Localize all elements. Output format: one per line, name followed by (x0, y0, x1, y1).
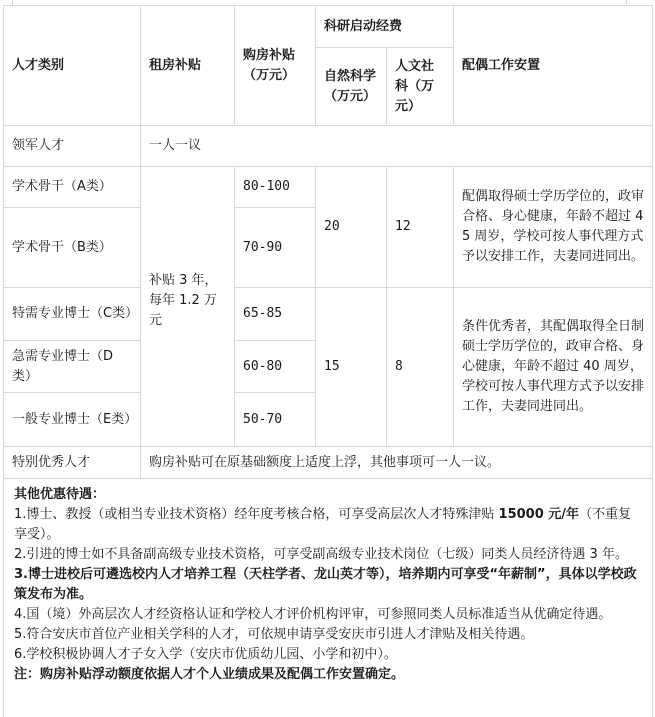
category-cell: 特需专业博士（C类） (4, 288, 141, 341)
header-spouse-placement: 配偶工作安置 (454, 6, 653, 126)
other-benefits-cell: 其他优惠待遇： 1.博士、教授（或相当专业技术资格）经年度考核合格，可享受高层次… (4, 479, 653, 717)
table-row: 领军人才 一人一议 (4, 126, 653, 167)
other-benefits-title: 其他优惠待遇： (14, 485, 642, 505)
merged-cell: 购房补贴可在原基础额度上适度上浮，其他事项可一人一议。 (141, 447, 653, 479)
benefit-item-2: 2.引进的博士如不具备副高级专业技术资格，可享受副高级专业技术岗位（七级）同类人… (14, 545, 642, 565)
natural-science-cell: 20 (316, 167, 387, 288)
header-humanities: 人文社科（万元） (387, 48, 454, 126)
category-cell: 领军人才 (4, 126, 141, 167)
note: 注：购房补贴浮动额度依据人才个人业绩成果及配偶工作安置确定。 (14, 665, 642, 685)
housing-cell: 80-100 (235, 167, 316, 208)
header-natural-science: 自然科学（万元） (316, 48, 387, 126)
rent-subsidy-cell: 补贴 3 年，每年 1.2 万元 (141, 167, 235, 447)
category-cell: 特别优秀人才 (4, 447, 141, 479)
housing-cell: 70-90 (235, 208, 316, 288)
housing-cell: 60-80 (235, 341, 316, 393)
humanities-cell: 8 (387, 288, 454, 447)
humanities-cell: 12 (387, 167, 454, 288)
category-cell: 一般专业博士（E类） (4, 393, 141, 447)
housing-cell: 50-70 (235, 393, 316, 447)
benefit-text: 1.博士、教授（或相当专业技术资格）经年度考核合格，可享受高层次人才特殊津贴 (14, 507, 499, 522)
header-housing-subsidy: 购房补贴（万元） (235, 6, 316, 126)
header-rent-subsidy: 租房补贴 (141, 6, 235, 126)
category-cell: 学术骨干（B类） (4, 208, 141, 288)
natural-science-cell: 15 (316, 288, 387, 447)
merged-cell: 一人一议 (141, 126, 653, 167)
benefit-item-4: 4.国（境）外高层次人才经资格认证和学校人才评价机构评审，可参照同类人员标准适当… (14, 605, 642, 625)
table-row: 学术骨干（A类） 补贴 3 年，每年 1.2 万元 80-100 20 12 配… (4, 167, 653, 208)
category-cell: 学术骨干（A类） (4, 167, 141, 208)
benefit-item-3: 3.博士进校后可遴选校内人才培养工程（天柱学者、龙山英才等），培养期内可享受“年… (14, 565, 642, 605)
spouse-cell: 条件优秀者，其配偶取得全日制硕士学历学位的，政审合格、身心健康，年龄不超过 40… (454, 288, 653, 447)
other-benefits-row: 其他优惠待遇： 1.博士、教授（或相当专业技术资格）经年度考核合格，可享受高层次… (4, 479, 653, 717)
table-row: 特别优秀人才 购房补贴可在原基础额度上适度上浮，其他事项可一人一议。 (4, 447, 653, 479)
table-row: 特需专业博士（C类） 65-85 15 8 条件优秀者，其配偶取得全日制硕士学历… (4, 288, 653, 341)
header-row: 人才类别 租房补贴 购房补贴（万元） 科研启动经费 配偶工作安置 (4, 6, 653, 48)
talent-policy-table: 人才类别 租房补贴 购房补贴（万元） 科研启动经费 配偶工作安置 自然科学（万元… (3, 5, 653, 717)
spouse-cell: 配偶取得硕士学历学位的，政审合格、身心健康，年龄不超过 45 周岁，学校可按人事… (454, 167, 653, 288)
category-cell: 急需专业博士（D类） (4, 341, 141, 393)
header-research-funding: 科研启动经费 (316, 6, 454, 48)
benefit-item-1: 1.博士、教授（或相当专业技术资格）经年度考核合格，可享受高层次人才特殊津贴 1… (14, 505, 642, 545)
housing-cell: 65-85 (235, 288, 316, 341)
header-category: 人才类别 (4, 6, 141, 126)
allowance-amount: 15000 元/年 (499, 507, 580, 522)
benefit-item-5: 5.符合安庆市首位产业相关学科的人才，可依规申请享受安庆市引进人才津贴及相关待遇… (14, 625, 642, 645)
benefit-item-6: 6.学校积极协调人才子女入学（安庆市优质幼儿园、小学和初中）。 (14, 645, 642, 665)
